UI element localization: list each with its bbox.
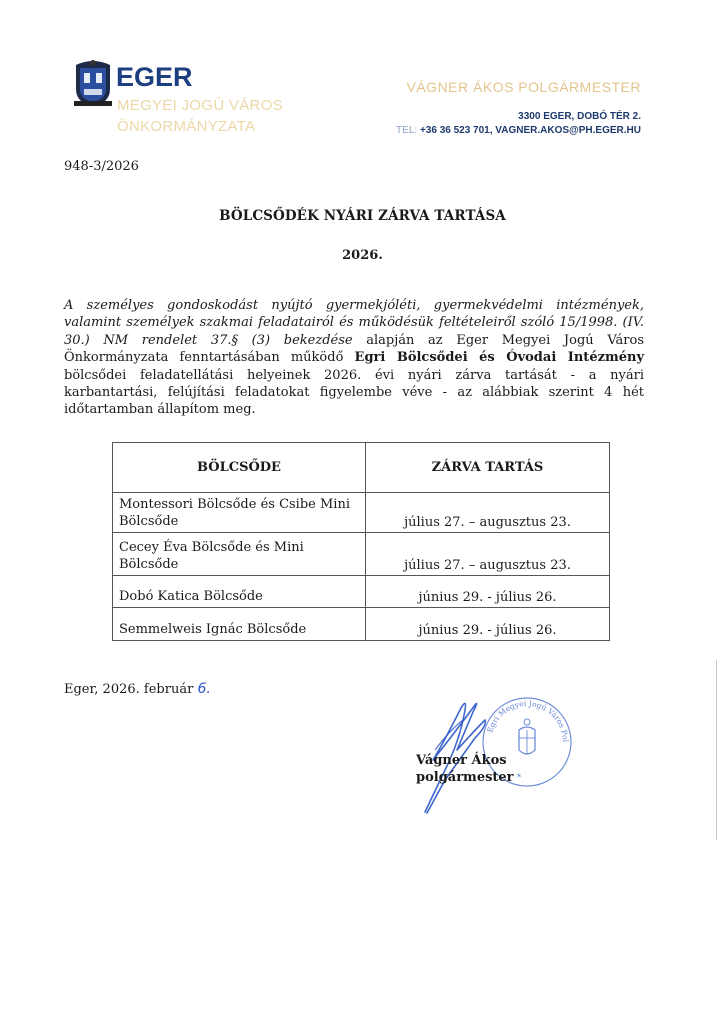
body-text-2: bölcsődei feladatellátási helyeinek 2026… xyxy=(64,368,644,418)
body-paragraph: A személyes gondoskodást nyújtó gyermekj… xyxy=(64,297,644,419)
office-title: VÁGNER ÁKOS POLGÁRMESTER xyxy=(407,79,642,95)
header-closure: ZÁRVA TARTÁS xyxy=(366,443,610,493)
table-row: Semmelweis Ignác Bölcsőde június 29. - j… xyxy=(113,608,610,641)
document-year: 2026. xyxy=(0,248,725,263)
reference-number: 948-3/2026 xyxy=(64,159,139,174)
nursery-name: Dobó Katica Bölcsőde xyxy=(113,576,366,608)
closure-period: június 29. - július 26. xyxy=(366,608,610,641)
closure-period: július 27. – augusztus 23. xyxy=(366,533,610,576)
header-nursery: BÖLCSŐDE xyxy=(113,443,366,493)
table-row: Dobó Katica Bölcsőde június 29. - július… xyxy=(113,576,610,608)
nursery-name: Cecey Éva Bölcsőde és Mini Bölcsőde xyxy=(113,533,366,576)
tel-label: TEL: xyxy=(396,125,417,136)
handwritten-day: 6. xyxy=(197,681,210,697)
nursery-name: Semmelweis Ignác Bölcsőde xyxy=(113,608,366,641)
city-subtitle-line1: MEGYEI JOGÚ VÁROS xyxy=(117,97,283,115)
signature-block: Vágner Ákos polgármester xyxy=(416,752,514,786)
closure-period: július 27. – augusztus 23. xyxy=(366,493,610,533)
place-and-date: Eger, 2026. február 6. xyxy=(64,681,211,697)
svg-text:*: * xyxy=(517,773,521,782)
signatory-name: Vágner Ákos xyxy=(416,752,514,769)
scan-edge-line xyxy=(716,660,717,840)
closure-table: BÖLCSŐDE ZÁRVA TARTÁS Montessori Bölcsőd… xyxy=(112,442,610,641)
table-row: Montessori Bölcsőde és Csibe Mini Bölcső… xyxy=(113,493,610,533)
nursery-name: Montessori Bölcsőde és Csibe Mini Bölcső… xyxy=(113,493,366,533)
institution-name: Egri Bölcsődei és Óvodai Intézmény xyxy=(355,350,644,365)
document-title: BÖLCSŐDÉK NYÁRI ZÁRVA TARTÁSA xyxy=(0,208,725,224)
office-contact: TEL: +36 36 523 701, VAGNER.AKOS@PH.EGER… xyxy=(396,125,641,136)
city-name: EGER xyxy=(116,62,193,92)
tel-email-value: +36 36 523 701, VAGNER.AKOS@PH.EGER.HU xyxy=(420,125,641,136)
table-header-row: BÖLCSŐDE ZÁRVA TARTÁS xyxy=(113,443,610,493)
office-address: 3300 EGER, DOBÓ TÉR 2. xyxy=(518,111,641,122)
closure-period: június 29. - július 26. xyxy=(366,576,610,608)
eger-coat-of-arms-icon xyxy=(72,59,114,107)
place-date-text: Eger, 2026. február xyxy=(64,682,193,697)
table-row: Cecey Éva Bölcsőde és Mini Bölcsőde júli… xyxy=(113,533,610,576)
signatory-position: polgármester xyxy=(416,769,514,786)
city-subtitle-line2: ÖNKORMÁNYZATA xyxy=(117,118,255,136)
